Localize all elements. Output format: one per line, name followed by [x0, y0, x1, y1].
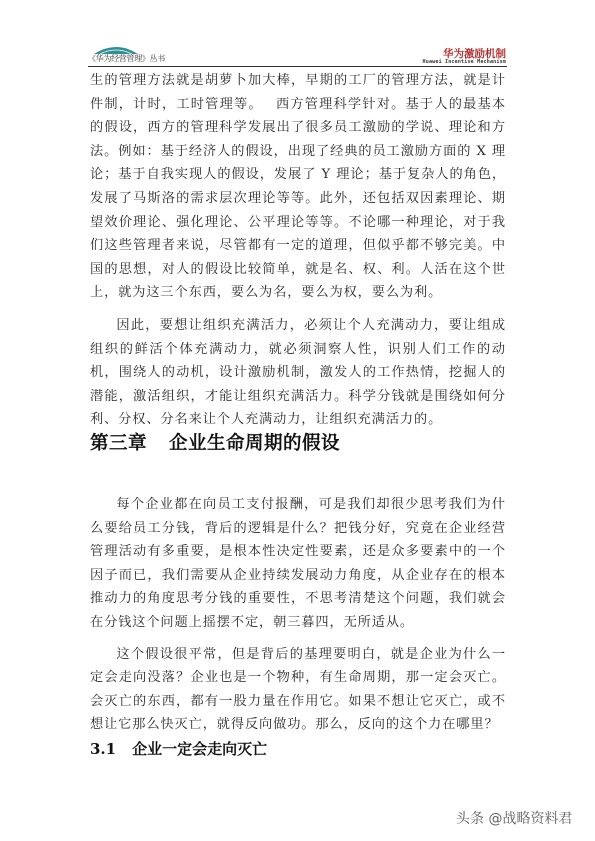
paragraph: 每个企业都在向员工支付报酬，可是我们却很少思考我们为什么要给员工分钱，背后的逻辑…	[90, 493, 506, 635]
chapter-body-text: 每个企业都在向员工支付报酬，可是我们却很少思考我们为什么要给员工分钱，背后的逻辑…	[90, 493, 506, 737]
section-number: 3.1	[90, 740, 116, 758]
page-header: 《华为经营管理》丛书 华为激励机制 Huawei Incentive Mecha…	[88, 36, 506, 66]
source-watermark: 头条 @战略资料君	[456, 808, 572, 828]
book-series-label: 《华为经营管理》丛书	[88, 53, 165, 64]
body-text: 生的管理方法就是胡萝卜加大棒，早期的工厂的管理方法，就是计件制，计时，工时管理等…	[90, 69, 506, 432]
section-heading: 3.1企业一定会走向灭亡	[90, 738, 267, 759]
paragraph: 因此，要想让组织充满活力，必须让个人充满动力，要让组成组织的鲜活个体充满动力，就…	[90, 314, 506, 432]
section-title: 企业一定会走向灭亡	[132, 740, 267, 758]
paragraph: 生的管理方法就是胡萝卜加大棒，早期的工厂的管理方法，就是计件制，计时，工时管理等…	[90, 69, 506, 305]
chapter-heading: 第三章企业生命周期的假设	[90, 429, 340, 455]
header-subtitle: Huawei Incentive Mechanism	[423, 59, 506, 65]
chapter-number: 第三章	[90, 433, 147, 454]
header-divider	[88, 66, 507, 67]
chapter-title: 企业生命周期的假设	[169, 433, 340, 454]
paragraph: 这个假设很平常，但是背后的基理要明白，就是企业为什么一定会走向没落？企业也是一个…	[90, 643, 506, 737]
